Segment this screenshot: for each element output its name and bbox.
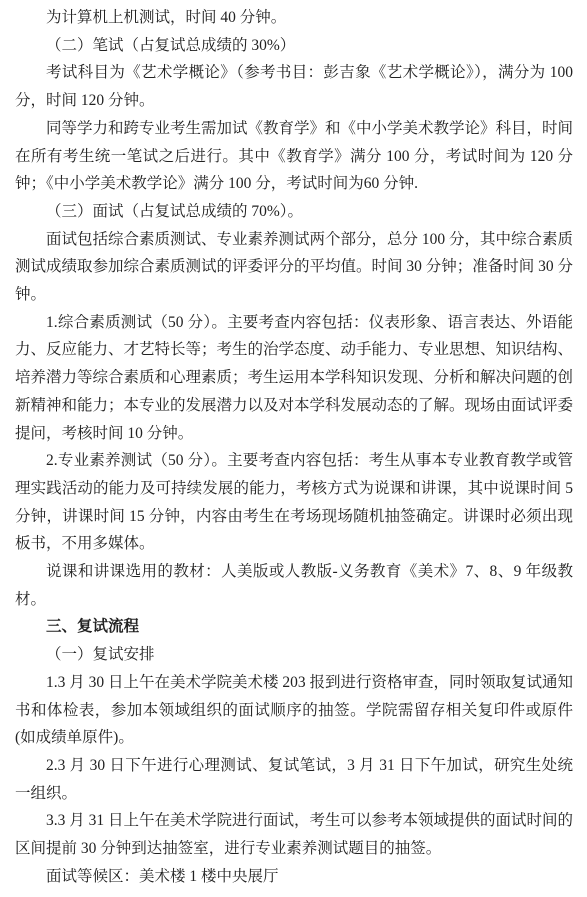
paragraph: 考试科目为《艺术学概论》（参考书目：彭吉象《艺术学概论》），满分为 100 分，…	[15, 59, 573, 114]
paragraph: 说课和讲课选用的教材：人美版或人教版-义务教育《美术》7、8、9 年级教材。	[15, 558, 573, 613]
paragraph: 2.专业素养测试（50 分）。主要考查内容包括：考生从事本专业教育教学或管理实践…	[15, 447, 573, 558]
paragraph: 2.3 月 30 日下午进行心理测试、复试笔试，3 月 31 日下午加试，研究生…	[15, 752, 573, 807]
paragraph: 1.综合素质测试（50 分）。主要考查内容包括：仪表形象、语言表达、外语能力、反…	[15, 309, 573, 448]
document-body: 为计算机上机测试，时间 40 分钟。（二）笔试（占复试总成绩的 30%）考试科目…	[15, 4, 573, 891]
paragraph: 面试包括综合素质测试、专业素养测试两个部分，总分 100 分，其中综合素质测试成…	[15, 226, 573, 309]
paragraph: （一）复试安排	[15, 641, 573, 669]
paragraph: （二）笔试（占复试总成绩的 30%）	[15, 32, 573, 60]
paragraph: 为计算机上机测试，时间 40 分钟。	[15, 4, 573, 32]
paragraph: 同等学力和跨专业考生需加试《教育学》和《中小学美术教学论》科目，时间在所有考生统…	[15, 115, 573, 198]
paragraph: 1.3 月 30 日上午在美术学院美术楼 203 报到进行资格审查，同时领取复试…	[15, 669, 573, 752]
paragraph: 3.3 月 31 日上午在美术学院进行面试，考生可以参考本领域提供的面试时间的区…	[15, 807, 573, 862]
paragraph: （三）面试（占复试总成绩的 70%）。	[15, 198, 573, 226]
section-heading: 三、复试流程	[15, 613, 573, 641]
document-page: 为计算机上机测试，时间 40 分钟。（二）笔试（占复试总成绩的 30%）考试科目…	[0, 0, 587, 897]
